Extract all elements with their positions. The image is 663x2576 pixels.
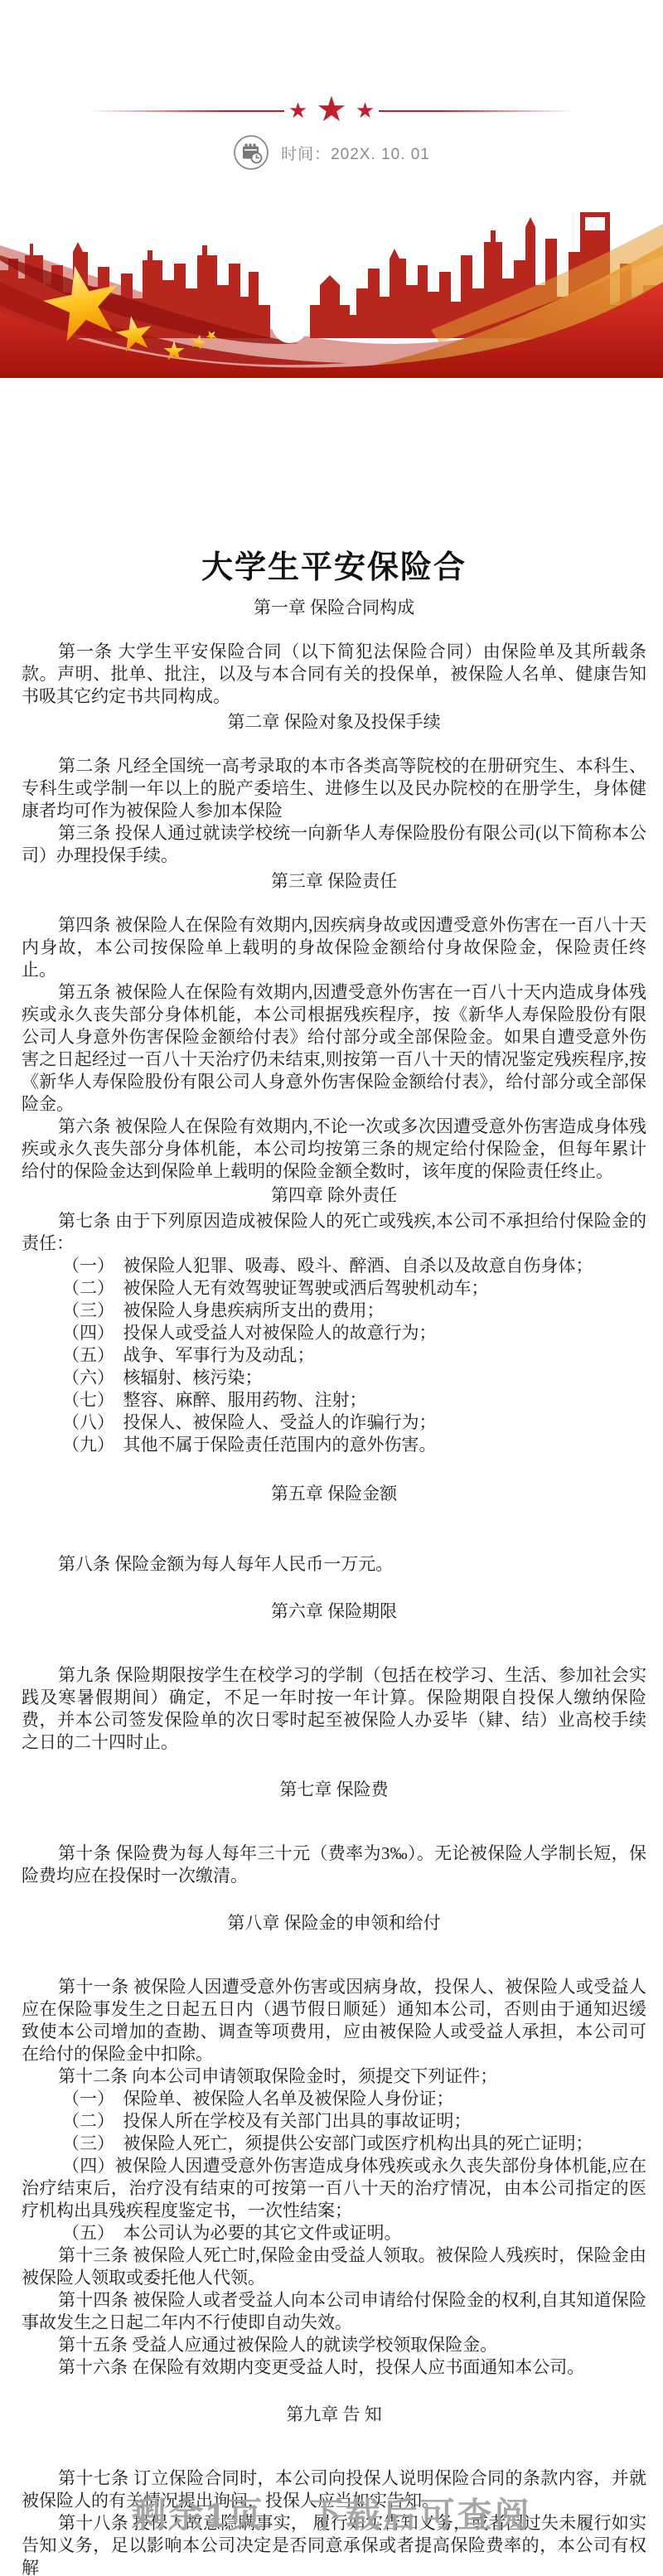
chapter-heading: 第五章 保险金额 [22,1483,646,1505]
download-note-label: 下载后可查阅 [308,2488,532,2538]
divider-line-left [89,110,284,113]
paragraph: 第五条 被保险人在保险有效期内,因遭受意外伤害在一百八十天内造成身体残疾或永久丧… [22,981,646,1116]
list-item: （八） 投保人、被保险人、受益人的诈骗行为； [22,1411,646,1434]
paragraph: 第九条 保险期限按学生在校学习的学制（包括在校学习、生活、参加社会实践及寒暑假期… [22,1664,646,1754]
star-divider: ★ ★ ★ [0,93,663,129]
paragraph: 第十六条 在保险有效期内变更受益人时，投保人应书面通知本公司。 [22,2356,646,2379]
city-skyline-banner [0,206,663,378]
paragraph: 第八条 保险金额为每人每年人民币一万元。 [22,1553,646,1576]
remaining-pages-label: 剩余1页 [131,2488,264,2538]
paragraph: 第十一条 被保险人因遭受意外伤害或因病身故，投保人、被保险人或受益人应在保险事发… [22,1976,646,2065]
chapter-heading: 第七章 保险费 [22,1779,646,1801]
star-icon: ★ [288,100,307,122]
chapter-heading: 第九章 告 知 [22,2404,646,2426]
list-item: （六） 核辐射、核污染； [22,1367,646,1389]
list-item: （九） 其他不属于保险责任范围内的意外伤害。 [22,1434,646,1456]
chapter-heading: 第八章 保险金的申领和给付 [22,1912,646,1934]
list-item: （二） 被保险人无有效驾驶证驾驶或洒后驾驶机动车； [22,1277,646,1300]
paragraph: 第六条 被保险人在保险有效期内,不论一次或多次因遭受意外伤害造成身体残疾或永久丧… [22,1116,646,1183]
paragraph: 第十二条 向本公司申请领取保险金时，须提交下列证件； [22,2065,646,2088]
contract-body: 大学生平安保险合 第一章 保险合同构成 第一条 大学生平安保险合同（以下简犯法保… [0,549,663,2576]
list-item: （一） 保险单、被保险人名单及被保险人身份证； [22,2088,646,2110]
list-item: （四）被保险人因遭受意外伤害造成身体残疾或永久丧失部份身体机能,应在治疗结束后，… [22,2155,646,2222]
list-item: （七） 整容、麻醉、服用药物、注射； [22,1389,646,1411]
paragraph: 第十四条 被保险人或者受益人向本公司申请给付保险金的权利,自其知道保险事故发生之… [22,2289,646,2334]
paragraph: 第三条 投保人通过就读学校统一向新华人寿保险股份有限公司(以下简称本公司）办理投… [22,822,646,867]
doc-title: 大学生平安保险合 [22,549,646,587]
divider-line-right [379,110,574,113]
paragraph: 第一条 大学生平安保险合同（以下简犯法保险合同）由保险单及其所载条款。声明、批单… [22,641,646,708]
paragraph: 第十条 保险费为每人每年三十元（费率为3‰）。无论被保险人学制长短，保险费均应在… [22,1842,646,1887]
chapter-heading: 第一章 保险合同构成 [22,597,646,619]
chapter-heading: 第三章 保险责任 [22,870,646,893]
list-item: （三） 被保险人死亡，须提供公安部门或医疗机构出具的死亡证明； [22,2133,646,2155]
paragraph: 第二条 凡经全国统一高考录取的本市各类高等院校的在册研究生、本科生、专科生或学制… [22,755,646,822]
document-preview-page: ★ ★ ★ 时间：202X. 10. 01 [0,0,663,2576]
time-label: 时间：202X. 10. 01 [281,142,430,164]
paragraph: 第七条 由于下列原因造成被保险人的死亡或残疾,本公司不承担给付保险金的责任： [22,1210,646,1255]
chapter-heading: 第六章 保险期限 [22,1600,646,1623]
footer-watermark: 剩余1页 下载后可查阅 [0,2488,663,2538]
list-item: （二） 投保人所在学校及有关部门出具的事故证明； [22,2110,646,2133]
list-item: （四） 投保人或受益人对被保险人的故意行为； [22,1322,646,1344]
star-icon: ★ [356,100,375,122]
star-icon: ★ [316,92,347,127]
list-item: （五） 战争、军事行为及动乱； [22,1344,646,1367]
calendar-icon [233,134,269,171]
list-item: （三） 被保险人身患疾病所支出的费用； [22,1300,646,1322]
paragraph: 第十五条 受益人应通过被保险人的就读学校领取保险金。 [22,2334,646,2356]
list-item: （一） 被保险人犯罪、吸毒、殴斗、醉酒、自杀以及故意自伤身体； [22,1255,646,1277]
paragraph: 第十三条 被保险人死亡时,保险金由受益人领取。被保险人残疾时，保险金由被保险人领… [22,2244,646,2289]
paragraph: 第四条 被保险人在保险有效期内,因疾病身故或因遭受意外伤害在一百八十天内身故，本… [22,914,646,981]
date-row: 时间：202X. 10. 01 [0,133,663,172]
chapter-heading: 第二章 保险对象及投保手续 [22,711,646,734]
list-item: （五） 本公司认为必要的其它文件或证明。 [22,2222,646,2244]
chapter-heading: 第四章 除外责任 [22,1184,646,1207]
